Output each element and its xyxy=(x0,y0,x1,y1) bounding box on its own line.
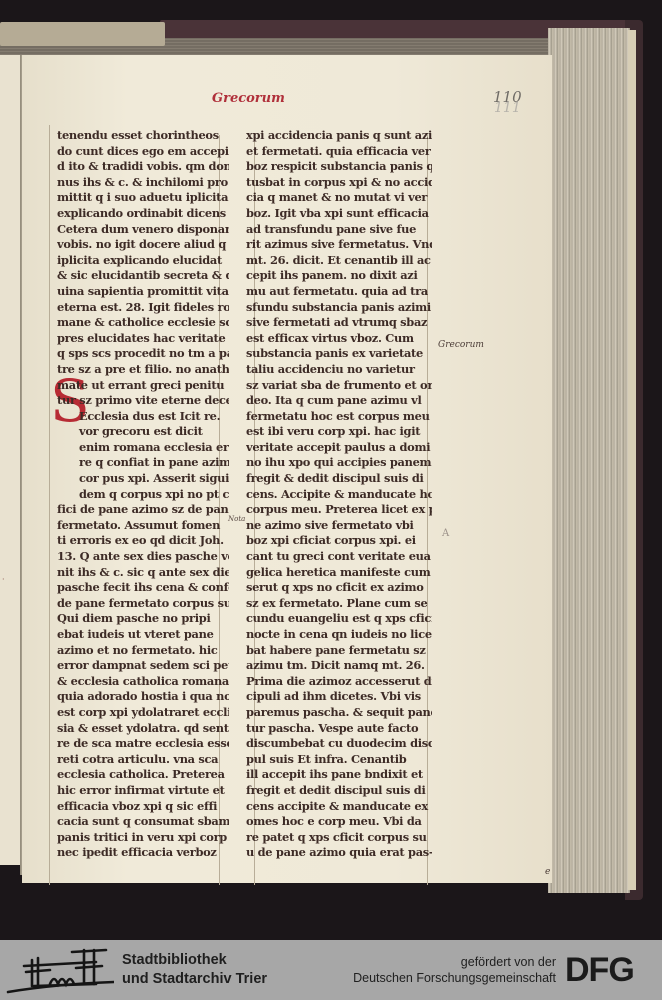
running-header: Grecorum xyxy=(212,91,285,106)
manuscript-line: ti erroris ex eo qd dicit Joh. xyxy=(57,533,229,549)
manuscript-line: re patet q xps cficit corpus su xyxy=(246,830,432,846)
manuscript-line: sia & esset ydolatra. qd senti xyxy=(57,721,229,737)
manuscript-line: Qui diem pasche no pripi xyxy=(57,611,229,627)
manuscript-line: deo. Ita q cum pane azimu vl xyxy=(246,393,432,409)
manuscript-line: uina sapientia promittit vita xyxy=(57,284,229,300)
manuscript-line: fregit & dedit discipul suis di xyxy=(246,471,432,487)
manuscript-line: sfundu substancia panis azimi xyxy=(246,300,432,316)
manuscript-line: pres elucidates hac veritate xyxy=(57,331,229,347)
manuscript-line: & ecclesia catholica romanaz xyxy=(57,674,229,690)
manuscript-line: fici de pane azimo sz de pane xyxy=(57,502,229,518)
funding-note-line2: Deutschen Forschungsgemeinschaft xyxy=(353,971,556,985)
manuscript-line: mittit q i suo aduetu iplicita xyxy=(57,190,229,206)
manuscript-line: re q confiat in pane azimo xyxy=(57,455,229,471)
manuscript-line: est corp xpi ydolatraret ecclie xyxy=(57,705,229,721)
manuscript-line: vor grecoru est dicit xyxy=(57,424,229,440)
manuscript-line: cens accipite & manducate ex eo xyxy=(246,799,432,815)
manuscript-line: xpi accidencia panis q sunt azimi xyxy=(246,128,432,144)
manuscript-line: bat habere pane fermetatu sz xyxy=(246,643,432,659)
manuscript-line: vobis. no igit docere aliud q xyxy=(57,237,229,253)
manuscript-line: cens. Accipite & manducate hoc e xyxy=(246,487,432,503)
manuscript-line: enim romana ecclesia erra xyxy=(57,440,229,456)
manuscript-line: cipuli ad ihm dicetes. Vbi vis xyxy=(246,689,432,705)
manuscript-line: rit azimus sive fermetatus. Vnde xyxy=(246,237,432,253)
manuscript-line: corpus meu. Preterea licet ex pa xyxy=(246,502,432,518)
manuscript-line: reti cotra articulu. vna sca xyxy=(57,752,229,768)
manuscript-line: pasche fecit ihs cena & confecit xyxy=(57,580,229,596)
manuscript-line: error dampnat sedem sci pet xyxy=(57,658,229,674)
institution-name-line1: Stadtbibliothek xyxy=(122,952,227,968)
page-fore-edge xyxy=(548,28,630,893)
manuscript-line: ill accepit ihs pane bndixit et xyxy=(246,767,432,783)
footer-bar: Stadtbibliothek und Stadtarchiv Trier ge… xyxy=(0,940,662,1000)
margin-note: A xyxy=(442,528,449,539)
manuscript-line: veritate accepit paulus a domi xyxy=(246,440,432,456)
manuscript-line: nit ihs & c. sic q ante sex dies xyxy=(57,565,229,581)
manuscript-line: Ecclesia dus est Icit re. xyxy=(57,409,229,425)
manuscript-line: eterna est. 28. Igit fideles ro xyxy=(57,300,229,316)
manuscript-line: gelica heretica manifeste cum as xyxy=(246,565,432,581)
manuscript-line: quia adorado hostia i qua no xyxy=(57,689,229,705)
manuscript-line: nocte in cena qn iudeis no lice xyxy=(246,627,432,643)
manuscript-line: 13. Q ante sex dies pasche ve xyxy=(57,549,229,565)
manuscript-line: omes hoc e corp meu. Vbi da xyxy=(246,814,432,830)
manuscript-line: re de sca matre ecclesia esset he xyxy=(57,736,229,752)
manuscript-line: tusbat in corpus xpi & no acciden xyxy=(246,175,432,191)
manuscript-line: & sic elucidantib secreta & di xyxy=(57,268,229,284)
manuscript-line: mane & catholice ecclesie scien xyxy=(57,315,229,331)
manuscript-line: q sps scs procedit no tm a pa xyxy=(57,346,229,362)
manuscript-line: u de pane azimo quia erat pas- xyxy=(246,845,432,861)
ruling-line xyxy=(49,125,50,885)
manuscript-line: sz ex fermetato. Plane cum se xyxy=(246,596,432,612)
manuscript-line: et fermetati. quia efficacia ver xyxy=(246,144,432,160)
manuscript-line: cacia sunt q consumat sbam xyxy=(57,814,229,830)
binding-fragment xyxy=(0,22,165,46)
manuscript-scan: · Grecorum 110 111 S tenendu esset chori… xyxy=(0,0,662,940)
manuscript-line: tre sz a pre et filio. no anathe xyxy=(57,362,229,378)
manuscript-line: cepit ihs panem. no dixit azi xyxy=(246,268,432,284)
manuscript-line: nec ipedit efficacia verboz xyxy=(57,845,229,861)
manuscript-line: explicando ordinabit dicens xyxy=(57,206,229,222)
manuscript-line: cant tu greci cont veritate eua xyxy=(246,549,432,565)
manuscript-line: boz respicit substancia panis q xyxy=(246,159,432,175)
manuscript-line: est efficax virtus vboz. Cum xyxy=(246,331,432,347)
manuscript-line: fermetatu hoc est corpus meu xyxy=(246,409,432,425)
manuscript-line: azimo et no fermetato. hic xyxy=(57,643,229,659)
folio-number-old: 111 xyxy=(494,100,521,116)
signature-mark: e xyxy=(545,867,550,877)
manuscript-line: boz xpi cficiat corpus xpi. ei xyxy=(246,533,432,549)
text-column-b: xpi accidencia panis q sunt azimiet ferm… xyxy=(246,128,432,861)
manuscript-line: est ibi veru corp xpi. hac igit xyxy=(246,424,432,440)
funding-note-line1: gefördert von der xyxy=(461,955,556,969)
stadtbibliothek-trier-logo-icon xyxy=(6,946,114,996)
manuscript-line: discumbebat cu duodecim disci xyxy=(246,736,432,752)
manuscript-line: cundu euangeliu est q xps cficit xyxy=(246,611,432,627)
facing-page-edge: · xyxy=(0,55,22,865)
manuscript-line: ne azimo sive fermetato vbi xyxy=(246,518,432,534)
manuscript-line: pul suis Et infra. Cenantib xyxy=(246,752,432,768)
manuscript-line: ecclesia catholica. Preterea xyxy=(57,767,229,783)
manuscript-line: Cetera dum venero disponam xyxy=(57,222,229,238)
manuscript-line: azimu tm. Dicit namq mt. 26. xyxy=(246,658,432,674)
manuscript-line: hic error infirmat virtute et xyxy=(57,783,229,799)
manuscript-line: mt. 26. dicit. Et cenantib ill ac xyxy=(246,253,432,269)
manuscript-line: ad transfundu pane sive fue xyxy=(246,222,432,238)
manuscript-line: fregit et dedit discipul suis di xyxy=(246,783,432,799)
manuscript-line: substancia panis ex varietate xyxy=(246,346,432,362)
manuscript-line: panis tritici in veru xpi corp xyxy=(57,830,229,846)
manuscript-line: ebat iudeis ut vteret pane xyxy=(57,627,229,643)
manuscript-line: fermetato. Assumut fomen xyxy=(57,518,229,534)
institution-name-line2: und Stadtarchiv Trier xyxy=(122,971,267,987)
dfg-logo: DFG xyxy=(565,951,634,989)
facing-page-mark: · xyxy=(2,575,5,584)
manuscript-line: no ihu xpo qui accipies panem xyxy=(246,455,432,471)
manuscript-line: dem q corpus xpi no pt co xyxy=(57,487,229,503)
manuscript-line: mu aut fermetatu. quia ad tra xyxy=(246,284,432,300)
manuscript-line: de pane fermetato corpus suu xyxy=(57,596,229,612)
manuscript-line: Prima die azimoz accesserut dis xyxy=(246,674,432,690)
margin-note: Grecorum xyxy=(438,340,484,350)
manuscript-line: mate ut errant greci penitu xyxy=(57,378,229,394)
manuscript-line: tenendu esset chorintheos xyxy=(57,128,229,144)
manuscript-line: iplicita explicando elucidat xyxy=(57,253,229,269)
manuscript-line: nus ihs & c. & inchilomi pro xyxy=(57,175,229,191)
manuscript-line: boz. Igit vba xpi sunt efficacia xyxy=(246,206,432,222)
manuscript-line: efficacia vboz xpi q sic effi xyxy=(57,799,229,815)
manuscript-line: do cunt dices ego em accepia xyxy=(57,144,229,160)
page-fore-edge-outer xyxy=(628,30,636,890)
manuscript-line: cia q manet & no mutat vi ver xyxy=(246,190,432,206)
manuscript-line: tur pascha. Vespe aute facto xyxy=(246,721,432,737)
manuscript-line: taliu accidenciu no varietur xyxy=(246,362,432,378)
margin-note: Nota xyxy=(228,515,245,523)
manuscript-line: sz variat sba de frumento et or xyxy=(246,378,432,394)
manuscript-line: tur sz primo vite eterne decepta xyxy=(57,393,229,409)
manuscript-line: d ito & tradidi vobis. qm domi xyxy=(57,159,229,175)
manuscript-line: cor pus xpi. Asserit sigui xyxy=(57,471,229,487)
manuscript-line: paremus pascha. & sequit pane xyxy=(246,705,432,721)
manuscript-line: sive fermetati ad vtrumq sbaz xyxy=(246,315,432,331)
manuscript-line: serut q xps no cficit ex azimo xyxy=(246,580,432,596)
text-column-a: tenendu esset chorintheosdo cunt dices e… xyxy=(57,128,229,861)
